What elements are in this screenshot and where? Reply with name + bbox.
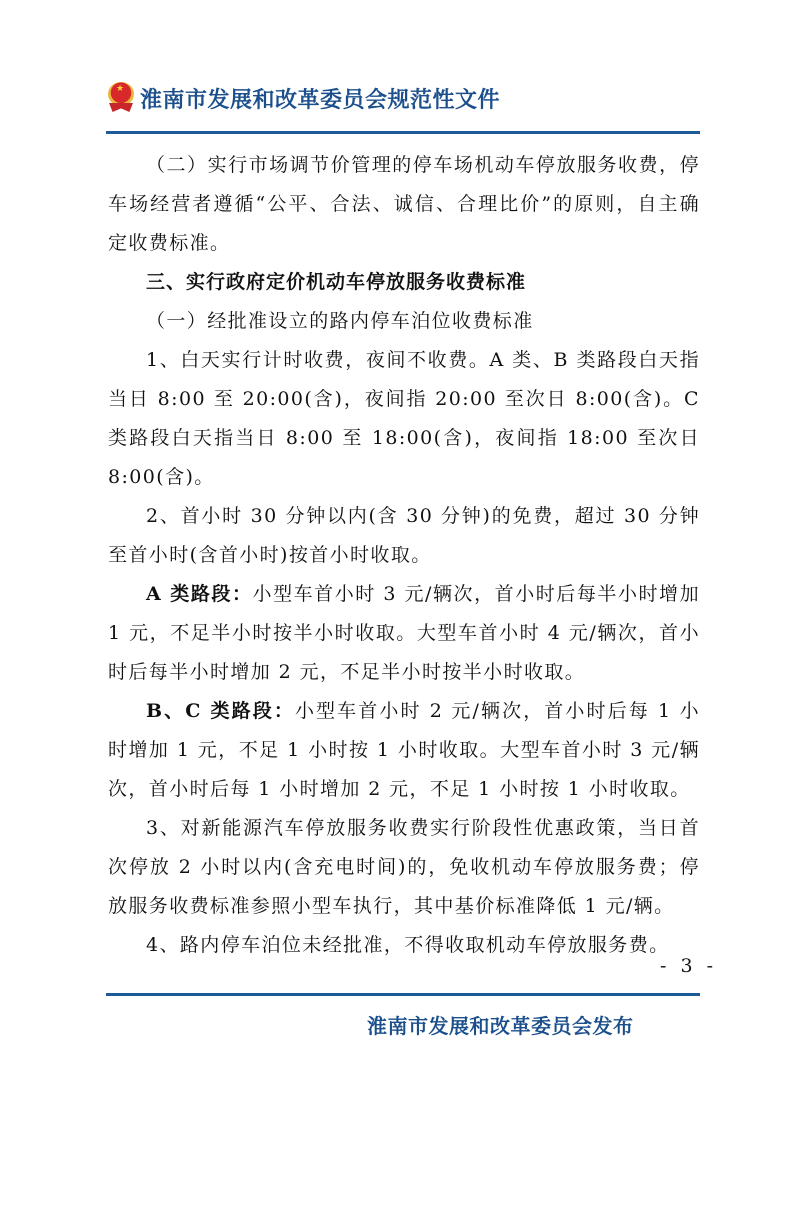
item-2-first-hour: 2、首小时 30 分钟以内(含 30 分钟)的免费，超过 30 分钟至首小时(含… <box>108 497 700 575</box>
a-class-road-rates: A 类路段：小型车首小时 3 元/辆次，首小时后每半小时增加 1 元，不足半小时… <box>108 575 700 692</box>
header-divider <box>106 131 700 134</box>
item-3-new-energy: 3、对新能源汽车停放服务收费实行阶段性优惠政策，当日首次停放 2 小时以内(含充… <box>108 809 700 926</box>
document-header: ★ 淮南市发展和改革委员会规范性文件 <box>106 82 500 114</box>
footer-divider <box>106 993 700 996</box>
document-body: （二）实行市场调节价管理的停车场机动车停放服务收费，停车场经营者遵循“公平、合法… <box>108 146 700 965</box>
bc-class-label: B、C 类路段： <box>146 700 295 722</box>
item-4-unapproved: 4、路内停车泊位未经批准，不得收取机动车停放服务费。 <box>108 926 700 965</box>
section-heading: 三、实行政府定价机动车停放服务收费标准 <box>108 263 700 302</box>
header-title: 淮南市发展和改革委员会规范性文件 <box>140 83 500 114</box>
subheading: （一）经批准设立的路内停车泊位收费标准 <box>108 302 700 341</box>
paragraph-market-price: （二）实行市场调节价管理的停车场机动车停放服务收费，停车场经营者遵循“公平、合法… <box>108 146 700 263</box>
page-number: - 3 - <box>660 955 717 977</box>
a-class-label: A 类路段： <box>146 583 253 605</box>
national-emblem-icon: ★ <box>106 82 136 114</box>
item-1-daytime-charging: 1、白天实行计时收费，夜间不收费。A 类、B 类路段白天指当日 8:00 至 2… <box>108 341 700 497</box>
footer-publisher: 淮南市发展和改革委员会发布 <box>367 1010 634 1039</box>
bc-class-road-rates: B、C 类路段：小型车首小时 2 元/辆次，首小时后每 1 小时增加 1 元，不… <box>108 692 700 809</box>
